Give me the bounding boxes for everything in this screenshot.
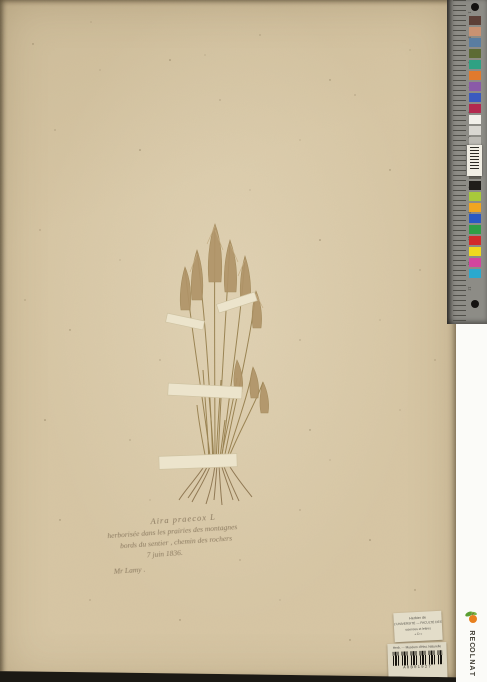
color-patch	[469, 269, 481, 278]
color-patch	[469, 115, 481, 124]
color-patch	[469, 247, 481, 256]
color-patch	[469, 82, 481, 91]
barcode-number: A0B01927	[388, 665, 447, 671]
color-patch	[469, 225, 481, 234]
color-patch	[469, 181, 481, 190]
institution-label: Herbier de L'UNIVERSITÉ — FACULTÉ DES sc…	[393, 611, 442, 642]
barcode-label: Herb. — Muséum d'Hist. Naturelle A0B0192…	[387, 642, 447, 682]
color-patch	[469, 16, 481, 25]
ruler-number: 10	[447, 237, 472, 247]
registration-dot-bottom	[471, 300, 479, 308]
color-patch	[469, 38, 481, 47]
calibration-ruler: 123456789101112	[447, 0, 487, 324]
recolnat-wordmark: RECOLNAT	[458, 630, 484, 676]
ruler-number: 3	[447, 62, 472, 72]
ruler-number: 5	[447, 112, 472, 122]
registration-dot-top	[471, 3, 479, 11]
barcode-label-header: Herb. — Muséum d'Hist. Naturelle	[387, 644, 446, 650]
color-patch	[469, 236, 481, 245]
herbarium-scan: Aira praecox L herborisée dans les prair…	[0, 0, 487, 682]
ruler-number: 1	[447, 12, 472, 22]
ruler-number: 4	[447, 87, 472, 97]
color-patch	[469, 192, 481, 201]
color-patch	[469, 49, 481, 58]
herbarium-sheet: Aira praecox L herborisée dans les prair…	[0, 0, 456, 682]
recolnat-logo: RECOLNAT	[458, 610, 484, 676]
strip-mini-barcode-label	[467, 145, 482, 176]
color-patch	[469, 214, 481, 223]
color-patch	[469, 71, 481, 80]
plant-specimen	[135, 210, 295, 510]
institution-label-line: « D »	[394, 631, 442, 639]
ruler-number: 2	[447, 37, 472, 47]
ruler-number: 12	[447, 287, 472, 297]
color-patch	[469, 104, 481, 113]
recolnat-letter: T	[468, 660, 474, 682]
ruler-numbers: 123456789101112	[454, 4, 464, 304]
ruler-number: 9	[447, 212, 472, 222]
color-patch	[469, 203, 481, 212]
ruler-number: 8	[447, 187, 472, 197]
barcode	[392, 650, 442, 666]
mini-barcode	[470, 147, 479, 169]
color-patch	[469, 27, 481, 36]
color-patch	[469, 126, 481, 135]
ruler-number: 11	[447, 262, 472, 272]
color-patch	[469, 93, 481, 102]
color-patch	[469, 60, 481, 69]
color-patch	[469, 258, 481, 267]
